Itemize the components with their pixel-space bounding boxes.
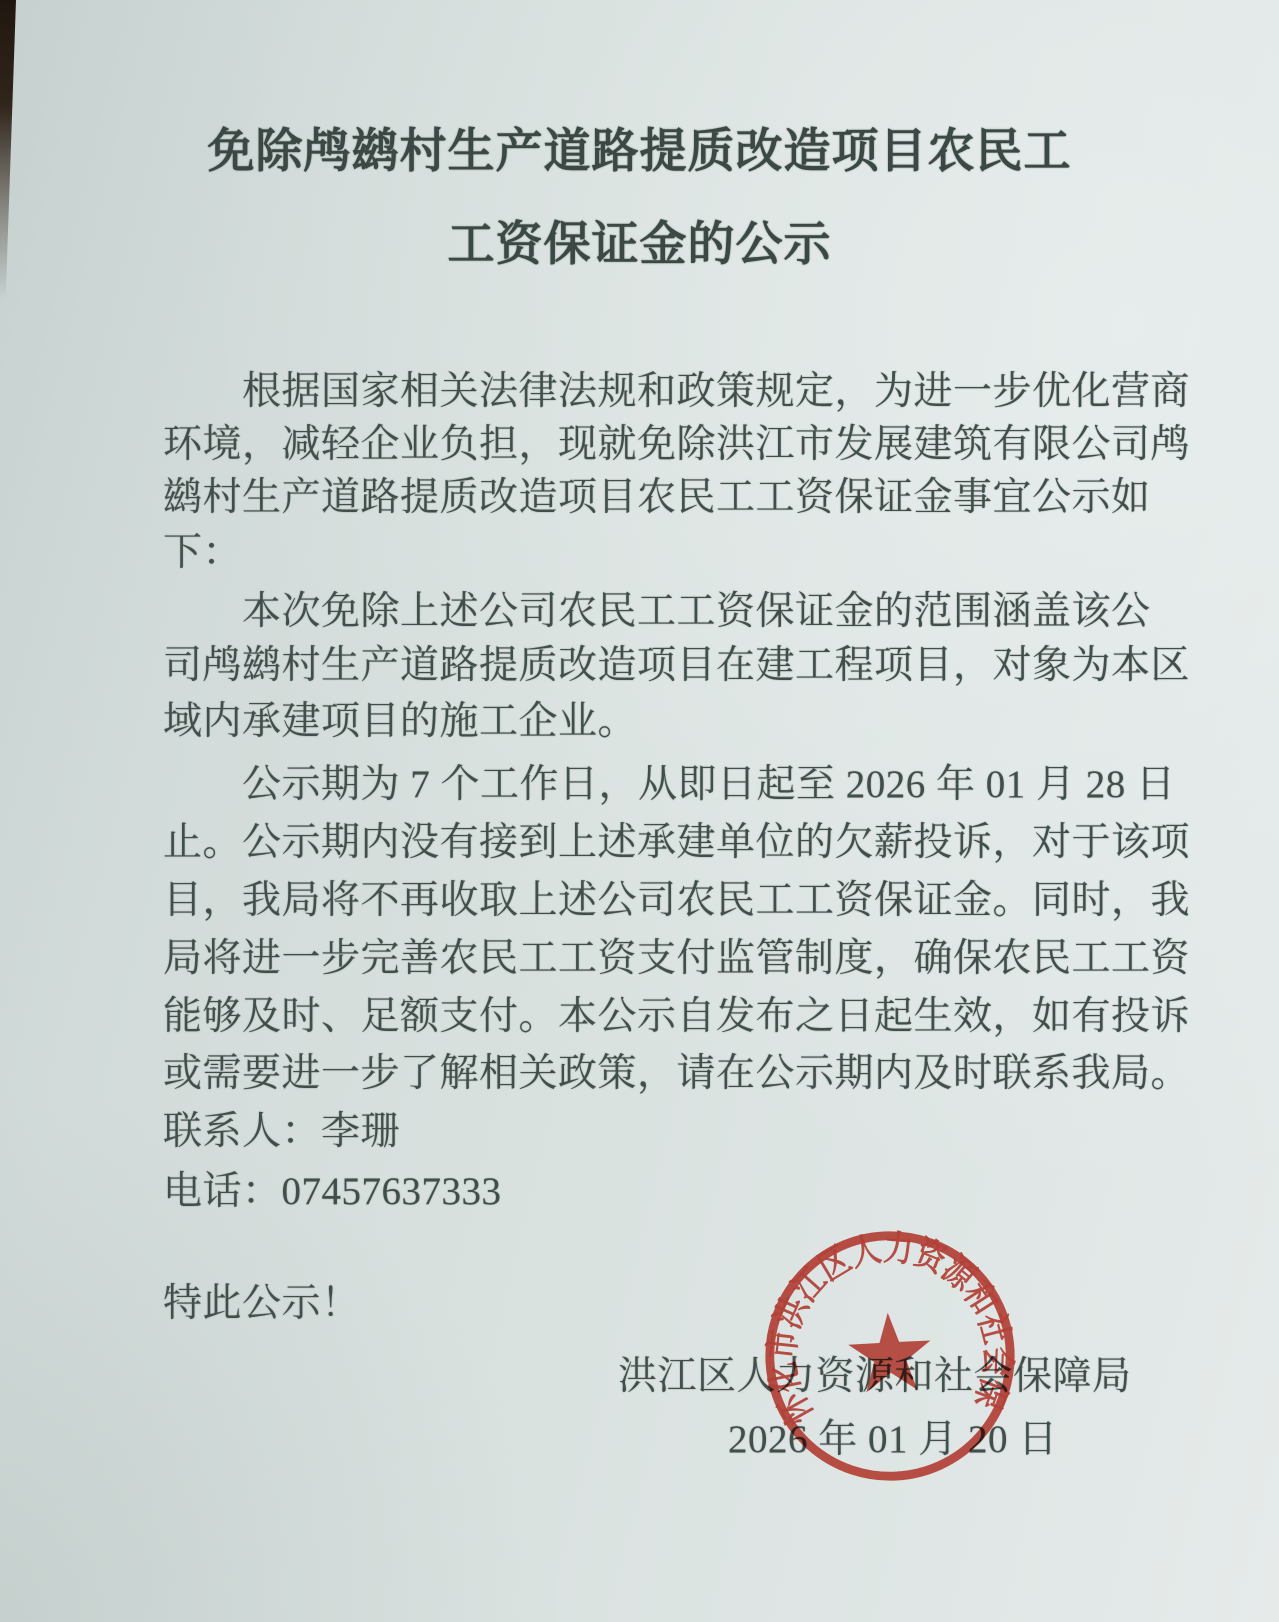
body-line-9: 止。公示期内没有接到上述承建单位的欠薪投诉，对于该项 [163,811,1190,867]
body-line-4: 下： [163,521,242,577]
body-line-8: 公示期为 7 个工作日，从即日起至 2026 年 01 月 28 日 [163,753,1176,809]
body-line-5: 本次免除上述公司农民工工资保证金的范围涵盖该公 [163,580,1151,636]
notice-title-line2: 工资保证金的公示 [0,207,1279,274]
contact-person-line: 联系人：李珊 [163,1100,400,1156]
body-line-7: 域内承建项目的施工企业。 [163,690,637,746]
official-seal: 怀化市洪江区人力资源和社会保障局 [750,1216,1030,1496]
body-line-3: 鹚村生产道路提质改造项目农民工工资保证金事宜公示如 [163,466,1151,522]
body-line-10: 目，我局将不再收取上述公司农民工工资保证金。同时，我 [163,869,1190,925]
body-line-13: 或需要进一步了解相关政策，请在公示期内及时联系我局。 [163,1042,1190,1098]
phone-line: 电话：07457637333 [163,1160,502,1216]
notice-title-line1: 免除鸬鹚村生产道路提质改造项目农民工 [0,114,1279,181]
body-line-1: 根据国家相关法律法规和政策规定，为进一步优化营商 [163,360,1190,416]
body-line-6: 司鸬鹚村生产道路提质改造项目在建工程项目，对象为本区 [163,634,1190,690]
notice-document: 免除鸬鹚村生产道路提质改造项目农民工 工资保证金的公示 根据国家相关法律法规和政… [0,0,1279,1622]
closing-line: 特此公示！ [163,1272,361,1328]
body-line-11: 局将进一步完善农民工工资支付监管制度，确保农民工工资 [163,927,1190,983]
body-line-12: 能够及时、足额支付。本公示自发布之日起生效，如有投诉 [163,985,1190,1041]
seal-star-icon [847,1311,933,1394]
body-line-2: 环境，减轻企业负担，现就免除洪江市发展建筑有限公司鸬 [163,413,1190,469]
